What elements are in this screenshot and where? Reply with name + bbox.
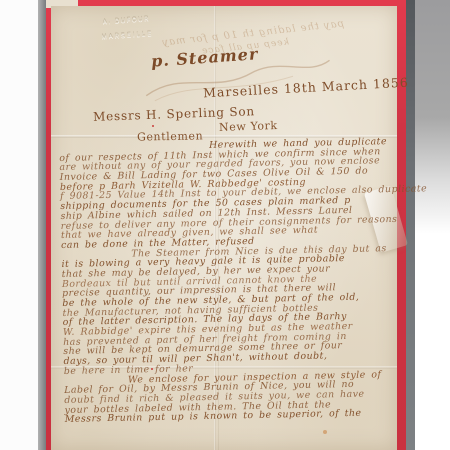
addressee-city: New York <box>219 119 278 134</box>
scanner-background-left <box>0 0 38 450</box>
embossed-stationer-stamp: A. DUFOUR MARSEILLE <box>80 15 173 42</box>
scanner-background-right <box>415 0 450 450</box>
wax-stain-dot <box>323 430 327 434</box>
scanner-shadow-right <box>406 0 415 450</box>
letter-body: Herewith we hand you duplicateof our res… <box>59 137 403 425</box>
red-ink-speck <box>151 368 153 370</box>
stamp-line1: A. DUFOUR <box>80 15 172 27</box>
letter-paper: A. DUFOUR MARSEILLE pay the lading th 10… <box>51 6 397 450</box>
scanned-letter-photo: A. DUFOUR MARSEILLE pay the lading th 10… <box>0 0 450 450</box>
red-ink-speck <box>152 125 154 127</box>
stamp-line2: MARSEILLE <box>81 30 173 42</box>
